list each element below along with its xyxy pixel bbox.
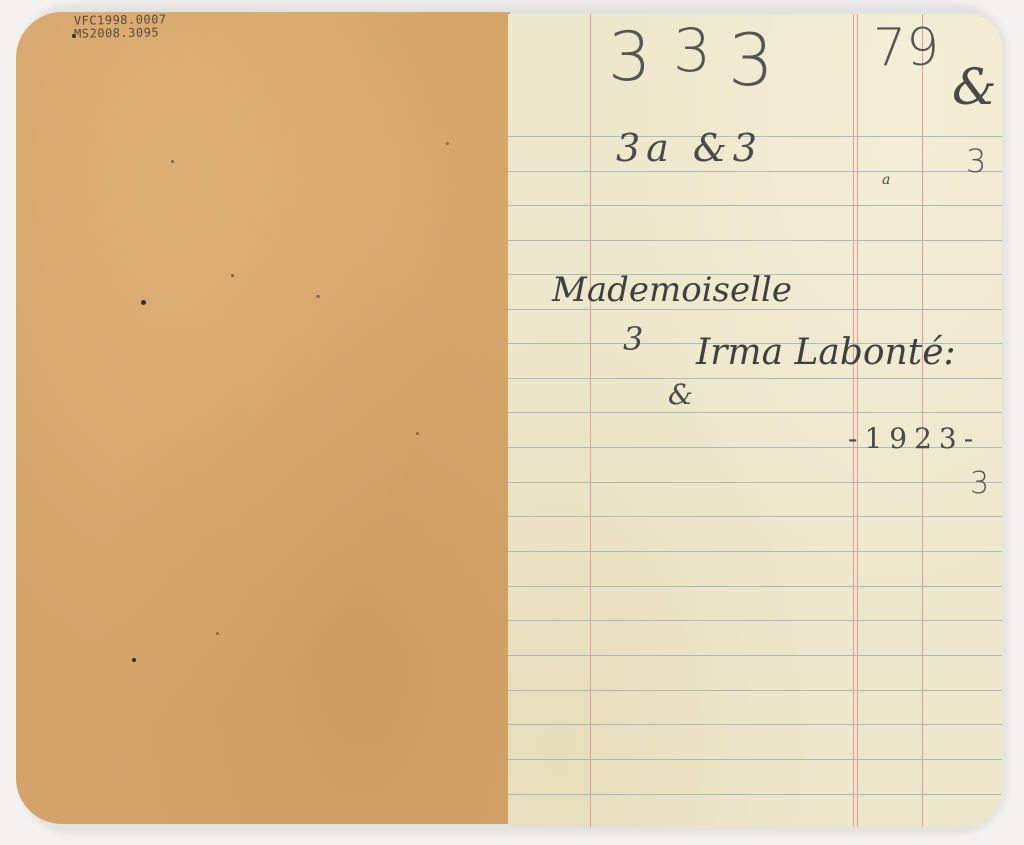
ruled-line [508,655,1002,656]
scribble-7-9: 7​9 [873,18,939,78]
ruled-line [508,378,1002,379]
ruled-line [508,482,1002,483]
accession-numbers: VFC1998.0007 MS2008.3095 [74,13,167,41]
ruled-line [508,412,1002,413]
column-line-double-b [857,14,858,827]
ruled-page: 3 3 3 3a &3 7​9 & 3 a Mademoiselle 3 Irm… [508,14,1002,827]
ruled-line [508,724,1002,725]
ruled-line [508,171,1002,172]
ruled-line [508,759,1002,760]
column-line-double-a [853,14,854,827]
ruled-line [508,240,1002,241]
ruled-line [508,620,1002,621]
scribble-3a-and-3: 3a &3 [616,126,763,170]
speck [216,632,219,635]
scribble-small-a: a [882,172,890,188]
left-margin-line [590,14,591,827]
practice-mark-3: 3 [623,320,643,358]
inside-cover [16,12,510,824]
speck [316,295,320,298]
scribble-3-b: 3 [673,16,711,86]
practice-mark-3-lower: 3 [970,466,989,501]
ruled-line [508,516,1002,517]
speck [416,432,419,435]
ruled-line [508,551,1002,552]
accession-number-2: MS2008.3095 [74,26,167,41]
speck [141,300,146,305]
ruled-line [508,586,1002,587]
practice-mark-ampersand: & [668,378,693,411]
speck [231,274,234,277]
year: -1923- [848,422,980,455]
speck [171,160,174,163]
ruled-line [508,794,1002,795]
ruled-line [508,690,1002,691]
scribble-3-a: 3 [608,18,651,97]
column-line-right [922,14,923,827]
speck [446,142,449,145]
speck [132,658,136,662]
scribble-3-c: 3 [728,18,774,102]
salutation: Mademoiselle [552,270,792,310]
recipient-name: Irma Labonté: [696,332,956,373]
ruled-line [508,205,1002,206]
scribble-ampersand: & [952,58,997,116]
scribble-3-right: 3 [966,142,986,180]
